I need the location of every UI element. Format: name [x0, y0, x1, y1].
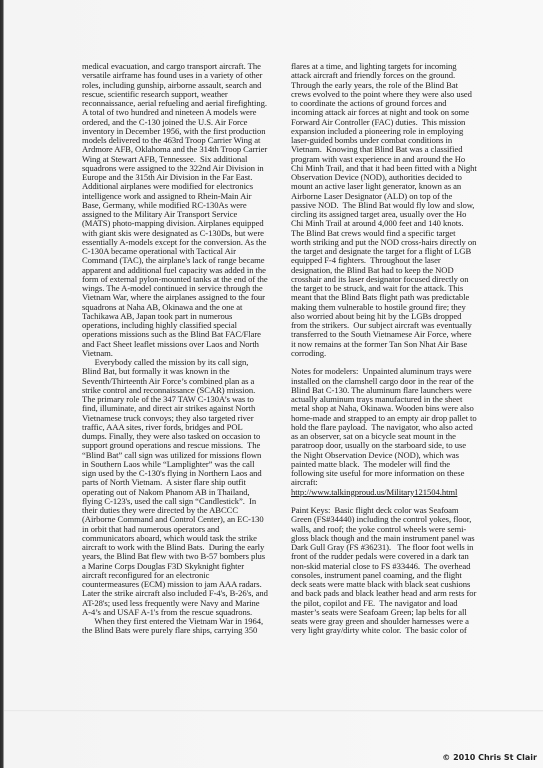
- notes-for-modelers: Notes for modelers: Unpainted aluminum t…: [291, 367, 497, 487]
- left-column: medical evacuation, and cargo transport …: [82, 62, 282, 636]
- reference-link[interactable]: http://www.talkingproud.us/Military12150…: [291, 488, 497, 497]
- scan-fold-line: [4, 710, 543, 712]
- scanned-page: medical evacuation, and cargo transport …: [0, 0, 543, 768]
- text-line: very light gray/dirty white color. The b…: [291, 626, 497, 635]
- right-paragraph-history: flares at a time, and lighting targets f…: [291, 62, 497, 358]
- paint-keys: Paint Keys: Basic flight deck color was …: [291, 506, 497, 636]
- text-line: the Blind Bats were purely flare ships, …: [82, 626, 282, 635]
- text-line: following site useful for more informati…: [291, 469, 497, 478]
- right-column: flares at a time, and lighting targets f…: [291, 62, 497, 636]
- copyright-watermark: © 2010 Chris St Clair: [442, 753, 537, 762]
- text-line: corroding.: [291, 349, 497, 358]
